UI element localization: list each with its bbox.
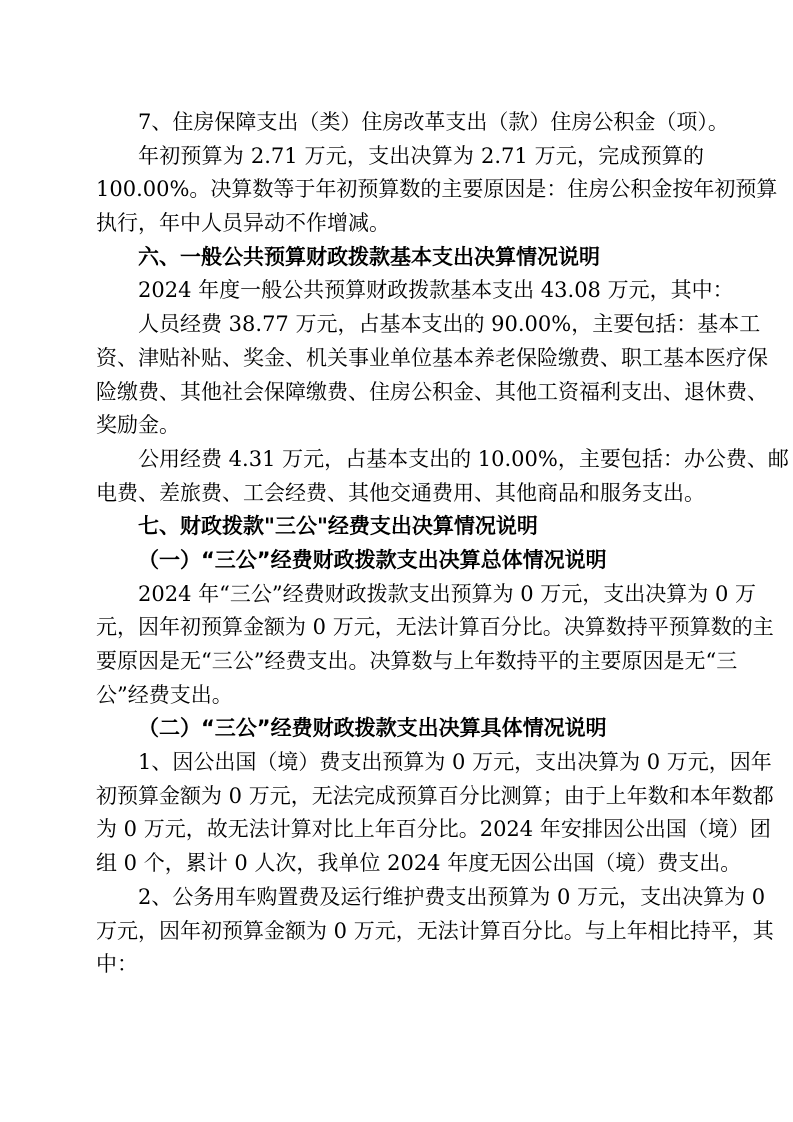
text-line: 组 0 个，累计 0 人次，我单位 2024 年度无因公出国（境）费支出。 xyxy=(96,847,704,881)
text-line: 2024 年度一般公共预算财政拨款基本支出 43.08 万元，其中： xyxy=(96,274,704,308)
text-line: 公用经费 4.31 万元，占基本支出的 10.00%，主要包括：办公费、邮 xyxy=(96,443,704,477)
text-line: 为 0 万元，故无法计算对比上年百分比。2024 年安排因公出国（境）团 xyxy=(96,813,704,847)
text-line: 元，因年初预算金额为 0 万元，无法计算百分比。决算数持平预算数的主 xyxy=(96,611,704,645)
text-line: 要原因是无“三公”经费支出。决算数与上年数持平的主要原因是无“三 xyxy=(96,645,704,679)
text-line: 公”经费支出。 xyxy=(96,679,704,713)
text-line: 1、因公出国（境）费支出预算为 0 万元，支出决算为 0 万元，因年 xyxy=(96,746,704,780)
text-line: 资、津贴补贴、奖金、机关事业单位基本养老保险缴费、职工基本医疗保 xyxy=(96,342,704,376)
heading-line: 七、财政拨款"三公"经费支出决算情况说明 xyxy=(96,510,704,544)
text-line: 万元，因年初预算金额为 0 万元，无法计算百分比。与上年相比持平，其 xyxy=(96,915,704,949)
text-line: 险缴费、其他社会保障缴费、住房公积金、其他工资福利支出、退休费、 xyxy=(96,376,704,410)
text-line: 人员经费 38.77 万元，占基本支出的 90.00%，主要包括：基本工 xyxy=(96,308,704,342)
text-line: 电费、差旅费、工会经费、其他交通费用、其他商品和服务支出。 xyxy=(96,477,704,511)
text-line: 2、公务用车购置费及运行维护费支出预算为 0 万元，支出决算为 0 xyxy=(96,881,704,915)
text-line: 年初预算为 2.71 万元，支出决算为 2.71 万元，完成预算的 xyxy=(96,140,704,174)
text-line: 执行，年中人员异动不作增减。 xyxy=(96,207,704,241)
text-line: 7、住房保障支出（类）住房改革支出（款）住房公积金（项）。 xyxy=(96,106,704,140)
text-line: 奖励金。 xyxy=(96,409,704,443)
text-line: 初预算金额为 0 万元，无法完成预算百分比测算；由于上年数和本年数都 xyxy=(96,780,704,814)
text-line: 2024 年“三公”经费财政拨款支出预算为 0 万元，支出决算为 0 万 xyxy=(96,578,704,612)
heading-line: （二）“三公”经费财政拨款支出决算具体情况说明 xyxy=(96,712,704,746)
heading-line: （一）“三公”经费财政拨款支出决算总体情况说明 xyxy=(96,544,704,578)
text-line: 100.00%。决算数等于年初预算数的主要原因是：住房公积金按年初预算 xyxy=(96,173,704,207)
text-line: 中： xyxy=(96,948,704,982)
document-page: 7、住房保障支出（类）住房改革支出（款）住房公积金（项）。年初预算为 2.71 … xyxy=(0,0,793,1122)
document-body: 7、住房保障支出（类）住房改革支出（款）住房公积金（项）。年初预算为 2.71 … xyxy=(96,106,704,982)
heading-line: 六、一般公共预算财政拨款基本支出决算情况说明 xyxy=(96,241,704,275)
